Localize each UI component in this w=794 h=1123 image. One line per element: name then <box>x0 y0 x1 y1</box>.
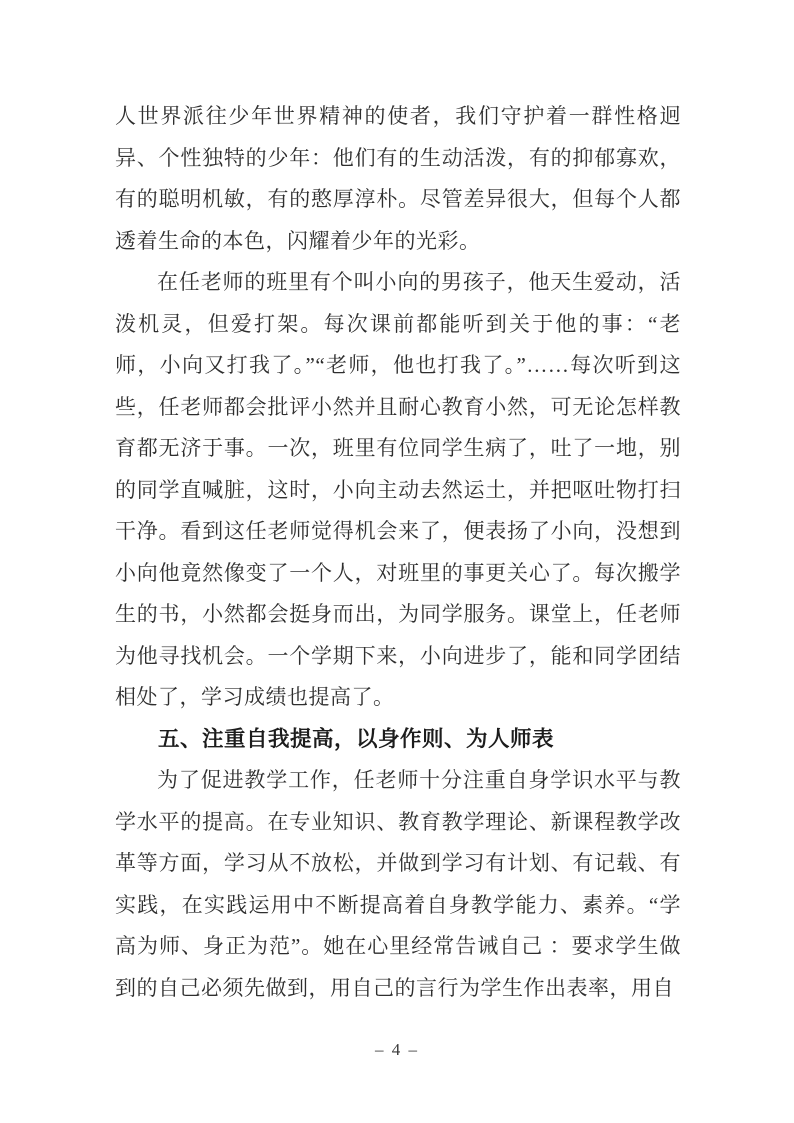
section-heading: 五、注重自我提高，以身作则、为人师表 <box>115 719 681 761</box>
page-number: – 4 – <box>0 1038 794 1062</box>
paragraph: 在任老师的班里有个叫小向的男孩子，他天生爱动，活泼机灵，但爱打架。每次课前都能听… <box>115 262 681 719</box>
document-page: 人世界派往少年世界精神的使者，我们守护着一群性格迥异、个性独特的少年：他们有的生… <box>0 0 794 1123</box>
paragraph: 为了促进教学工作，任老师十分注重自身学识水平与教学水平的提高。在专业知识、教育教… <box>115 760 681 1009</box>
paragraph-continued: 人世界派往少年世界精神的使者，我们守护着一群性格迥异、个性独特的少年：他们有的生… <box>115 96 681 262</box>
page-text-block: 人世界派往少年世界精神的使者，我们守护着一群性格迥异、个性独特的少年：他们有的生… <box>115 96 681 1009</box>
